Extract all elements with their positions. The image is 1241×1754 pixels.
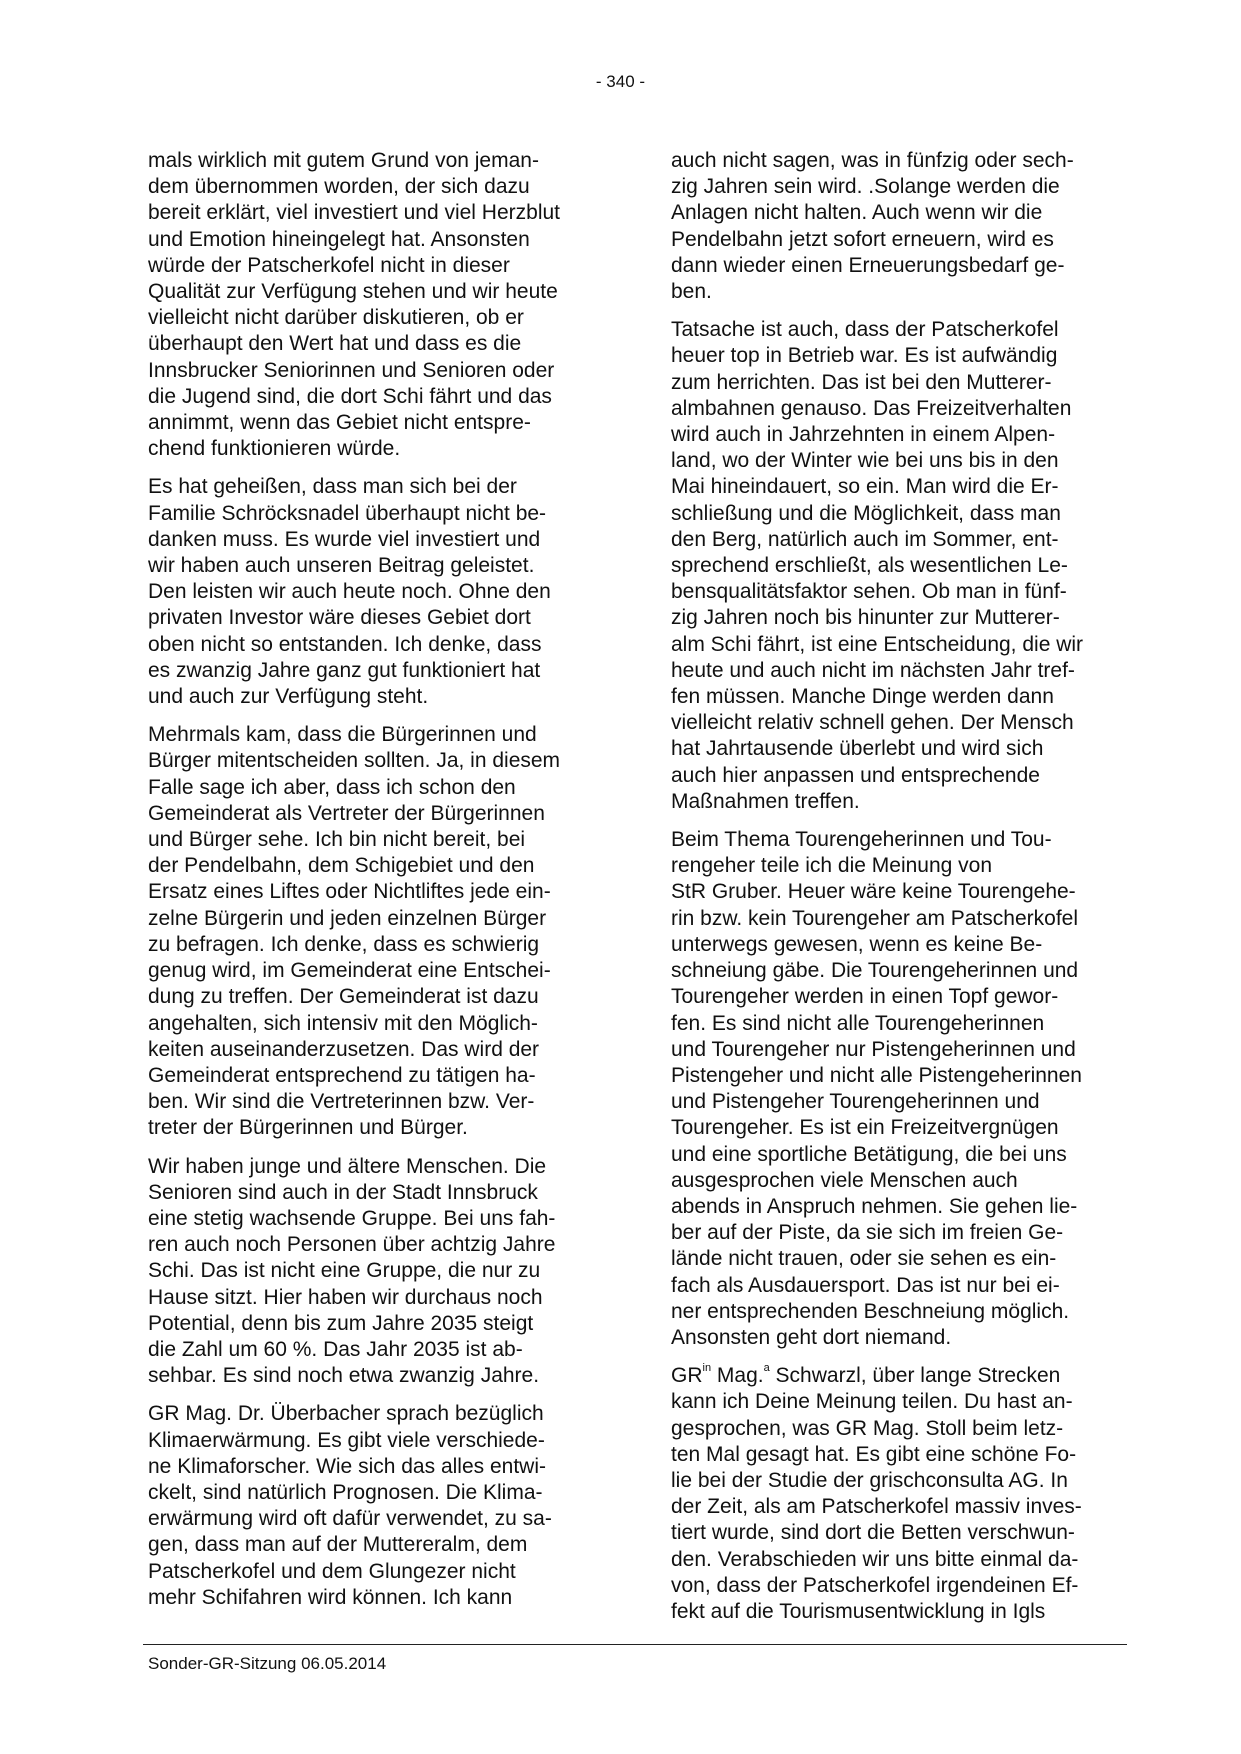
text-line: würde der Patscherkofel nicht in dieser (148, 253, 608, 279)
text-line: ausgesprochen viele Menschen auch (671, 1168, 1141, 1194)
text-line: überhaupt den Wert hat und dass es die (148, 331, 608, 357)
text-line: alm Schi fährt, ist eine Entscheidung, d… (671, 632, 1141, 658)
text-line: zum herrichten. Das ist bei den Mutterer… (671, 370, 1141, 396)
text-line: von, dass der Patscherkofel irgendeinen … (671, 1573, 1141, 1599)
title-mag-superscript: a (764, 1362, 770, 1374)
title-gr: GR (671, 1364, 703, 1387)
paragraph: Tatsache ist auch, dass der Patscherkofe… (671, 317, 1141, 815)
text-line: rengeher teile ich die Meinung von (671, 853, 1141, 879)
text-line: oben nicht so entstanden. Ich denke, das… (148, 632, 608, 658)
paragraph: Mehrmals kam, dass die Bürgerinnen und B… (148, 722, 608, 1141)
text-line: Tatsache ist auch, dass der Patscherkofe… (671, 317, 1141, 343)
text-line: mehr Schifahren wird können. Ich kann (148, 1585, 608, 1611)
text-line: Ansonsten geht dort niemand. (671, 1325, 1141, 1351)
text-line: GR Mag. Dr. Überbacher sprach bezüglich (148, 1401, 608, 1427)
text-line: Innsbrucker Seniorinnen und Senioren ode… (148, 358, 608, 384)
text-line-with-titles: GRin Mag.a Schwarzl, über lange Strecken (671, 1363, 1141, 1389)
paragraph: Es hat geheißen, dass man sich bei der F… (148, 474, 608, 710)
text-line: sprechend erschließt, als wesentlichen L… (671, 553, 1141, 579)
text-line: Tourengeher werden in einen Topf gewor- (671, 984, 1141, 1010)
text-line: wir haben auch unseren Beitrag geleistet… (148, 553, 608, 579)
text-line: auch hier anpassen und entsprechende (671, 763, 1141, 789)
right-column: auch nicht sagen, was in fünfzig oder se… (671, 148, 1141, 1637)
text-line: Mai hineindauert, so ein. Man wird die E… (671, 474, 1141, 500)
paragraph: GRin Mag.a Schwarzl, über lange Strecken… (671, 1363, 1141, 1625)
text-line: schließung und die Möglichkeit, dass man (671, 501, 1141, 527)
text-line: es zwanzig Jahre ganz gut funktioniert h… (148, 658, 608, 684)
text-line: der Zeit, als am Patscherkofel massiv in… (671, 1494, 1141, 1520)
text-line: ner entsprechenden Beschneiung möglich. (671, 1299, 1141, 1325)
text-line: ren auch noch Personen über achtzig Jahr… (148, 1232, 608, 1258)
title-mag: Mag. (711, 1364, 764, 1387)
paragraph: auch nicht sagen, was in fünfzig oder se… (671, 148, 1141, 305)
text-line: Gemeinderat als Vertreter der Bürgerinne… (148, 801, 608, 827)
text-line: abends in Anspruch nehmen. Sie gehen lie… (671, 1194, 1141, 1220)
text-line: erwärmung wird oft dafür verwendet, zu s… (148, 1506, 608, 1532)
text-line: fen. Es sind nicht alle Tourengeherinnen (671, 1011, 1141, 1037)
paragraph: Beim Thema Tourengeherinnen und Tou- ren… (671, 827, 1141, 1351)
text-line: lie bei der Studie der grischconsulta AG… (671, 1468, 1141, 1494)
text-line: Hause sitzt. Hier haben wir durchaus noc… (148, 1285, 608, 1311)
text-line: Wir haben junge und ältere Menschen. Die (148, 1154, 608, 1180)
text-line: und Pistengeher Tourengeherinnen und (671, 1089, 1141, 1115)
text-line: land, wo der Winter wie bei uns bis in d… (671, 448, 1141, 474)
text-line: Patscherkofel und dem Glungezer nicht (148, 1559, 608, 1585)
text-line: dem übernommen worden, der sich dazu (148, 174, 608, 200)
text-line: und eine sportliche Betätigung, die bei … (671, 1142, 1141, 1168)
paragraph: mals wirklich mit gutem Grund von jeman-… (148, 148, 608, 462)
left-column: mals wirklich mit gutem Grund von jeman-… (148, 148, 608, 1623)
text-line: Falle sage ich aber, dass ich schon den (148, 775, 608, 801)
text-line: Qualität zur Verfügung stehen und wir he… (148, 279, 608, 305)
text-line: danken muss. Es wurde viel investiert un… (148, 527, 608, 553)
text-line: dung zu treffen. Der Gemeinderat ist daz… (148, 984, 608, 1010)
text-line: Pendelbahn jetzt sofort erneuern, wird e… (671, 227, 1141, 253)
text-line: genug wird, im Gemeinderat eine Entschei… (148, 958, 608, 984)
text-line: die Jugend sind, die dort Schi fährt und… (148, 384, 608, 410)
text-line: StR Gruber. Heuer wäre keine Tourengehe- (671, 879, 1141, 905)
text-line: heuer top in Betrieb war. Es ist aufwänd… (671, 343, 1141, 369)
text-line: zelne Bürgerin und jeden einzelnen Bürge… (148, 906, 608, 932)
text-line: gesprochen, was GR Mag. Stoll beim letz- (671, 1416, 1141, 1442)
text-line: Pistengeher und nicht alle Pistengeherin… (671, 1063, 1141, 1089)
text-line: ben. Wir sind die Vertreterinnen bzw. Ve… (148, 1089, 608, 1115)
text-line: der Pendelbahn, dem Schigebiet und den (148, 853, 608, 879)
text-line: ne Klimaforscher. Wie sich das alles ent… (148, 1454, 608, 1480)
text-line: die Zahl um 60 %. Das Jahr 2035 ist ab- (148, 1337, 608, 1363)
footer-session-label: Sonder-GR-Sitzung 06.05.2014 (148, 1654, 386, 1674)
text-line: fach als Ausdauersport. Das ist nur bei … (671, 1273, 1141, 1299)
text-line: zu befragen. Ich denke, dass es schwieri… (148, 932, 608, 958)
text-line: tiert wurde, sind dort die Betten versch… (671, 1520, 1141, 1546)
text-line: Potential, denn bis zum Jahre 2035 steig… (148, 1311, 608, 1337)
text-line: vielleicht nicht darüber diskutieren, ob… (148, 305, 608, 331)
text-line: und Bürger sehe. Ich bin nicht bereit, b… (148, 827, 608, 853)
text-line: kann ich Deine Meinung teilen. Du hast a… (671, 1389, 1141, 1415)
text-line: auch nicht sagen, was in fünfzig oder se… (671, 148, 1141, 174)
text-line: Gemeinderat entsprechend zu tätigen ha- (148, 1063, 608, 1089)
text-line: gen, dass man auf der Muttereralm, dem (148, 1532, 608, 1558)
text-line: dann wieder einen Erneuerungsbedarf ge- (671, 253, 1141, 279)
text-line: wird auch in Jahrzehnten in einem Alpen- (671, 422, 1141, 448)
text-line: Beim Thema Tourengeherinnen und Tou- (671, 827, 1141, 853)
text-line: almbahnen genauso. Das Freizeitverhalten (671, 396, 1141, 422)
text-line: zig Jahren sein wird. .Solange werden di… (671, 174, 1141, 200)
text-line: annimmt, wenn das Gebiet nicht entspre- (148, 410, 608, 436)
text-line: mals wirklich mit gutem Grund von jeman- (148, 148, 608, 174)
text-line: Ersatz eines Liftes oder Nichtliftes jed… (148, 879, 608, 905)
text-line: ten Mal gesagt hat. Es gibt eine schöne … (671, 1442, 1141, 1468)
text-line: Den leisten wir auch heute noch. Ohne de… (148, 579, 608, 605)
text-line: den. Verabschieden wir uns bitte einmal … (671, 1547, 1141, 1573)
text-line: sehbar. Es sind noch etwa zwanzig Jahre. (148, 1363, 608, 1389)
text-line: Es hat geheißen, dass man sich bei der (148, 474, 608, 500)
text-line: fekt auf die Tourismusentwicklung in Igl… (671, 1599, 1141, 1625)
text-line: hat Jahrtausende überlebt und wird sich (671, 736, 1141, 762)
text-line: lände nicht trauen, oder sie sehen es ei… (671, 1246, 1141, 1272)
text-line: keiten auseinanderzusetzen. Das wird der (148, 1037, 608, 1063)
text-line: fen müssen. Manche Dinge werden dann (671, 684, 1141, 710)
text-line: Senioren sind auch in der Stadt Innsbruc… (148, 1180, 608, 1206)
text-line: zig Jahren noch bis hinunter zur Muttere… (671, 605, 1141, 631)
text-line: Bürger mitentscheiden sollten. Ja, in di… (148, 748, 608, 774)
text-line: bensqualitätsfaktor sehen. Ob man in fün… (671, 579, 1141, 605)
text-line: unterwegs gewesen, wenn es keine Be- (671, 932, 1141, 958)
page-number: - 340 - (0, 72, 1241, 92)
text-line: Klimaerwärmung. Es gibt viele verschiede… (148, 1428, 608, 1454)
title-gr-superscript: in (703, 1362, 712, 1374)
text-line: chend funktionieren würde. (148, 436, 608, 462)
text-line: den Berg, natürlich auch im Sommer, ent- (671, 527, 1141, 553)
text-line: ben. (671, 279, 1141, 305)
text-line: rin bzw. kein Tourengeher am Patscherkof… (671, 906, 1141, 932)
paragraph: GR Mag. Dr. Überbacher sprach bezüglich … (148, 1401, 608, 1611)
text-line: ber auf der Piste, da sie sich im freien… (671, 1220, 1141, 1246)
text-line: Anlagen nicht halten. Auch wenn wir die (671, 200, 1141, 226)
text-line: schneiung gäbe. Die Tourengeherinnen und (671, 958, 1141, 984)
text-line: und auch zur Verfügung steht. (148, 684, 608, 710)
text-line: Maßnahmen treffen. (671, 789, 1141, 815)
text-line: ckelt, sind natürlich Prognosen. Die Kli… (148, 1480, 608, 1506)
text-line: treter der Bürgerinnen und Bürger. (148, 1115, 608, 1141)
text-line: und Tourengeher nur Pistengeherinnen und (671, 1037, 1141, 1063)
line-rest: Schwarzl, über lange Strecken (770, 1364, 1061, 1387)
text-line: heute und auch nicht im nächsten Jahr tr… (671, 658, 1141, 684)
text-line: eine stetig wachsende Gruppe. Bei uns fa… (148, 1206, 608, 1232)
text-line: Familie Schröcksnadel überhaupt nicht be… (148, 501, 608, 527)
text-line: vielleicht relativ schnell gehen. Der Me… (671, 710, 1141, 736)
text-line: und Emotion hineingelegt hat. Ansonsten (148, 227, 608, 253)
text-line: Schi. Das ist nicht eine Gruppe, die nur… (148, 1258, 608, 1284)
text-line: bereit erklärt, viel investiert und viel… (148, 200, 608, 226)
paragraph: Wir haben junge und ältere Menschen. Die… (148, 1154, 608, 1390)
footer-divider (143, 1644, 1127, 1645)
text-line: privaten Investor wäre dieses Gebiet dor… (148, 605, 608, 631)
text-line: Tourengeher. Es ist ein Freizeitvergnüge… (671, 1115, 1141, 1141)
text-line: Mehrmals kam, dass die Bürgerinnen und (148, 722, 608, 748)
text-line: angehalten, sich intensiv mit den Möglic… (148, 1011, 608, 1037)
